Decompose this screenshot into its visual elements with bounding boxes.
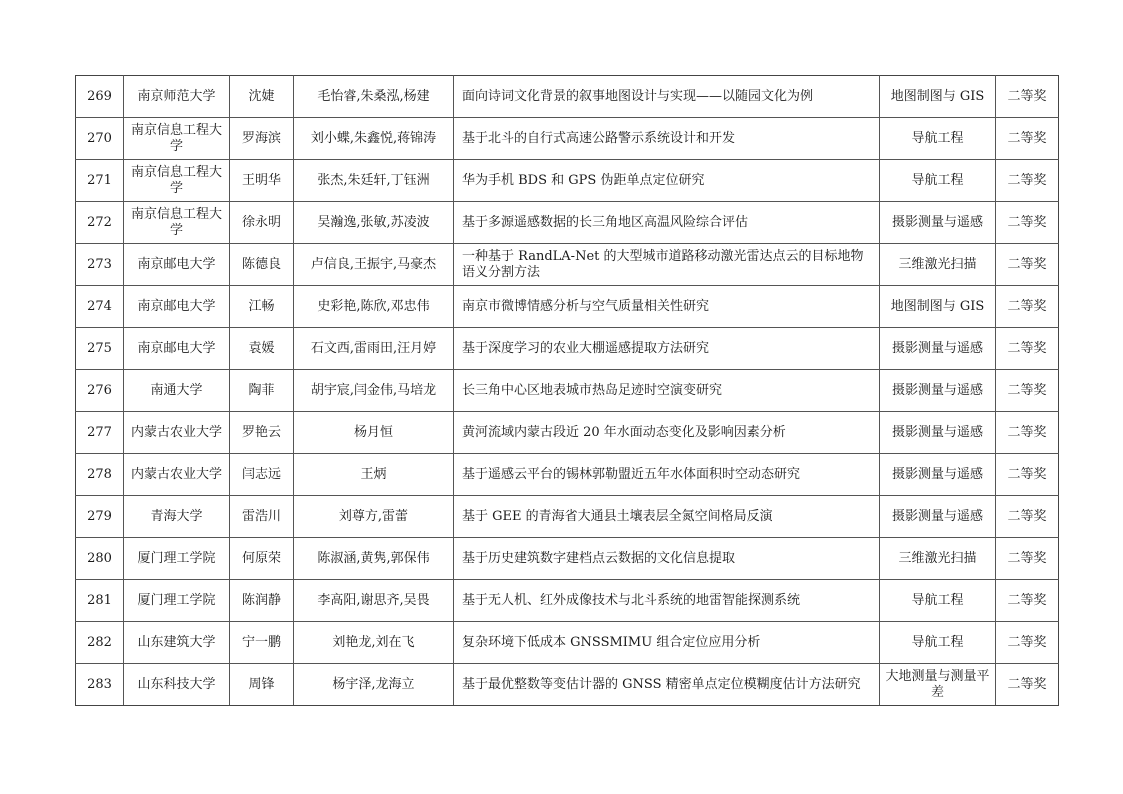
project-title-cell: 基于无人机、红外成像技术与北斗系统的地雷智能探测系统	[454, 580, 880, 622]
advisor-cell: 罗艳云	[230, 412, 294, 454]
team-members-cell: 杨月恒	[294, 412, 454, 454]
advisor-cell: 周锋	[230, 664, 294, 706]
row-number-cell: 271	[76, 160, 124, 202]
team-members-cell: 吴瀚逸,张敏,苏凌波	[294, 202, 454, 244]
awards-table: 269南京师范大学沈婕毛怡睿,朱桑泓,杨建面向诗词文化背景的叙事地图设计与实现—…	[75, 75, 1059, 706]
table-row: 279青海大学雷浩川刘尊方,雷蕾基于 GEE 的青海省大通县土壤表层全氮空间格局…	[76, 496, 1059, 538]
advisor-cell: 雷浩川	[230, 496, 294, 538]
advisor-cell: 王明华	[230, 160, 294, 202]
advisor-cell: 陈润静	[230, 580, 294, 622]
project-title-cell: 面向诗词文化背景的叙事地图设计与实现——以随园文化为例	[454, 76, 880, 118]
award-level-cell: 二等奖	[996, 412, 1059, 454]
table-row: 270南京信息工程大学罗海滨刘小蝶,朱鑫悦,蒋锦涛基于北斗的自行式高速公路警示系…	[76, 118, 1059, 160]
award-level-cell: 二等奖	[996, 118, 1059, 160]
team-members-cell: 张杰,朱廷轩,丁钰洲	[294, 160, 454, 202]
project-title-cell: 基于最优整数等变估计器的 GNSS 精密单点定位模糊度估计方法研究	[454, 664, 880, 706]
team-members-cell: 陈淑涵,黄隽,郭保伟	[294, 538, 454, 580]
award-level-cell: 二等奖	[996, 244, 1059, 286]
team-members-cell: 胡宇宸,闫金伟,马培龙	[294, 370, 454, 412]
table-row: 269南京师范大学沈婕毛怡睿,朱桑泓,杨建面向诗词文化背景的叙事地图设计与实现—…	[76, 76, 1059, 118]
category-cell: 三维激光扫描	[880, 244, 996, 286]
advisor-cell: 陶菲	[230, 370, 294, 412]
school-cell: 厦门理工学院	[124, 580, 230, 622]
category-cell: 摄影测量与遥感	[880, 412, 996, 454]
award-level-cell: 二等奖	[996, 76, 1059, 118]
row-number-cell: 272	[76, 202, 124, 244]
project-title-cell: 基于历史建筑数字建档点云数据的文化信息提取	[454, 538, 880, 580]
table-row: 282山东建筑大学宁一鹏刘艳龙,刘在飞复杂环境下低成本 GNSSMIMU 组合定…	[76, 622, 1059, 664]
row-number-cell: 280	[76, 538, 124, 580]
award-level-cell: 二等奖	[996, 496, 1059, 538]
school-cell: 山东建筑大学	[124, 622, 230, 664]
project-title-cell: 基于多源遥感数据的长三角地区高温风险综合评估	[454, 202, 880, 244]
advisor-cell: 罗海滨	[230, 118, 294, 160]
project-title-cell: 南京市微博情感分析与空气质量相关性研究	[454, 286, 880, 328]
row-number-cell: 273	[76, 244, 124, 286]
team-members-cell: 刘尊方,雷蕾	[294, 496, 454, 538]
school-cell: 南通大学	[124, 370, 230, 412]
advisor-cell: 袁媛	[230, 328, 294, 370]
table-row: 283山东科技大学周锋杨宇泽,龙海立基于最优整数等变估计器的 GNSS 精密单点…	[76, 664, 1059, 706]
team-members-cell: 杨宇泽,龙海立	[294, 664, 454, 706]
award-level-cell: 二等奖	[996, 664, 1059, 706]
table-row: 272南京信息工程大学徐永明吴瀚逸,张敏,苏凌波基于多源遥感数据的长三角地区高温…	[76, 202, 1059, 244]
document-page: 269南京师范大学沈婕毛怡睿,朱桑泓,杨建面向诗词文化背景的叙事地图设计与实现—…	[0, 0, 1123, 794]
team-members-cell: 史彩艳,陈欣,邓忠伟	[294, 286, 454, 328]
category-cell: 摄影测量与遥感	[880, 370, 996, 412]
school-cell: 厦门理工学院	[124, 538, 230, 580]
team-members-cell: 王炳	[294, 454, 454, 496]
category-cell: 导航工程	[880, 160, 996, 202]
row-number-cell: 282	[76, 622, 124, 664]
award-level-cell: 二等奖	[996, 160, 1059, 202]
awards-table-body: 269南京师范大学沈婕毛怡睿,朱桑泓,杨建面向诗词文化背景的叙事地图设计与实现—…	[76, 76, 1059, 706]
award-level-cell: 二等奖	[996, 202, 1059, 244]
school-cell: 山东科技大学	[124, 664, 230, 706]
school-cell: 南京师范大学	[124, 76, 230, 118]
advisor-cell: 何原荣	[230, 538, 294, 580]
project-title-cell: 复杂环境下低成本 GNSSMIMU 组合定位应用分析	[454, 622, 880, 664]
project-title-cell: 基于北斗的自行式高速公路警示系统设计和开发	[454, 118, 880, 160]
project-title-cell: 黄河流域内蒙古段近 20 年水面动态变化及影响因素分析	[454, 412, 880, 454]
category-cell: 三维激光扫描	[880, 538, 996, 580]
school-cell: 内蒙古农业大学	[124, 454, 230, 496]
advisor-cell: 闫志远	[230, 454, 294, 496]
category-cell: 导航工程	[880, 580, 996, 622]
award-level-cell: 二等奖	[996, 370, 1059, 412]
school-cell: 青海大学	[124, 496, 230, 538]
school-cell: 南京信息工程大学	[124, 118, 230, 160]
category-cell: 摄影测量与遥感	[880, 496, 996, 538]
team-members-cell: 刘艳龙,刘在飞	[294, 622, 454, 664]
table-row: 277内蒙古农业大学罗艳云杨月恒黄河流域内蒙古段近 20 年水面动态变化及影响因…	[76, 412, 1059, 454]
school-cell: 南京邮电大学	[124, 286, 230, 328]
table-row: 281厦门理工学院陈润静李高阳,谢思齐,吴畏基于无人机、红外成像技术与北斗系统的…	[76, 580, 1059, 622]
team-members-cell: 卢信良,王振宇,马豪杰	[294, 244, 454, 286]
project-title-cell: 基于深度学习的农业大棚遥感提取方法研究	[454, 328, 880, 370]
table-row: 271南京信息工程大学王明华张杰,朱廷轩,丁钰洲华为手机 BDS 和 GPS 伪…	[76, 160, 1059, 202]
row-number-cell: 278	[76, 454, 124, 496]
row-number-cell: 269	[76, 76, 124, 118]
award-level-cell: 二等奖	[996, 454, 1059, 496]
team-members-cell: 石文西,雷雨田,汪月婷	[294, 328, 454, 370]
row-number-cell: 279	[76, 496, 124, 538]
advisor-cell: 宁一鹏	[230, 622, 294, 664]
award-level-cell: 二等奖	[996, 538, 1059, 580]
school-cell: 南京信息工程大学	[124, 202, 230, 244]
award-level-cell: 二等奖	[996, 286, 1059, 328]
advisor-cell: 江畅	[230, 286, 294, 328]
project-title-cell: 基于遥感云平台的锡林郭勒盟近五年水体面积时空动态研究	[454, 454, 880, 496]
row-number-cell: 281	[76, 580, 124, 622]
award-level-cell: 二等奖	[996, 580, 1059, 622]
category-cell: 地图制图与 GIS	[880, 76, 996, 118]
advisor-cell: 沈婕	[230, 76, 294, 118]
table-row: 280厦门理工学院何原荣陈淑涵,黄隽,郭保伟基于历史建筑数字建档点云数据的文化信…	[76, 538, 1059, 580]
table-row: 274南京邮电大学江畅史彩艳,陈欣,邓忠伟南京市微博情感分析与空气质量相关性研究…	[76, 286, 1059, 328]
row-number-cell: 277	[76, 412, 124, 454]
category-cell: 大地测量与测量平差	[880, 664, 996, 706]
row-number-cell: 274	[76, 286, 124, 328]
school-cell: 内蒙古农业大学	[124, 412, 230, 454]
advisor-cell: 陈德良	[230, 244, 294, 286]
category-cell: 摄影测量与遥感	[880, 202, 996, 244]
project-title-cell: 一种基于 RandLA-Net 的大型城市道路移动激光雷达点云的目标地物语义分割…	[454, 244, 880, 286]
table-row: 275南京邮电大学袁媛石文西,雷雨田,汪月婷基于深度学习的农业大棚遥感提取方法研…	[76, 328, 1059, 370]
team-members-cell: 李高阳,谢思齐,吴畏	[294, 580, 454, 622]
project-title-cell: 基于 GEE 的青海省大通县土壤表层全氮空间格局反演	[454, 496, 880, 538]
category-cell: 摄影测量与遥感	[880, 454, 996, 496]
award-level-cell: 二等奖	[996, 328, 1059, 370]
row-number-cell: 275	[76, 328, 124, 370]
team-members-cell: 刘小蝶,朱鑫悦,蒋锦涛	[294, 118, 454, 160]
school-cell: 南京邮电大学	[124, 244, 230, 286]
category-cell: 摄影测量与遥感	[880, 328, 996, 370]
table-row: 273南京邮电大学陈德良卢信良,王振宇,马豪杰一种基于 RandLA-Net 的…	[76, 244, 1059, 286]
school-cell: 南京邮电大学	[124, 328, 230, 370]
advisor-cell: 徐永明	[230, 202, 294, 244]
school-cell: 南京信息工程大学	[124, 160, 230, 202]
table-row: 278内蒙古农业大学闫志远王炳基于遥感云平台的锡林郭勒盟近五年水体面积时空动态研…	[76, 454, 1059, 496]
row-number-cell: 283	[76, 664, 124, 706]
category-cell: 导航工程	[880, 118, 996, 160]
table-row: 276南通大学陶菲胡宇宸,闫金伟,马培龙长三角中心区地表城市热岛足迹时空演变研究…	[76, 370, 1059, 412]
project-title-cell: 长三角中心区地表城市热岛足迹时空演变研究	[454, 370, 880, 412]
row-number-cell: 276	[76, 370, 124, 412]
row-number-cell: 270	[76, 118, 124, 160]
project-title-cell: 华为手机 BDS 和 GPS 伪距单点定位研究	[454, 160, 880, 202]
category-cell: 地图制图与 GIS	[880, 286, 996, 328]
team-members-cell: 毛怡睿,朱桑泓,杨建	[294, 76, 454, 118]
award-level-cell: 二等奖	[996, 622, 1059, 664]
category-cell: 导航工程	[880, 622, 996, 664]
